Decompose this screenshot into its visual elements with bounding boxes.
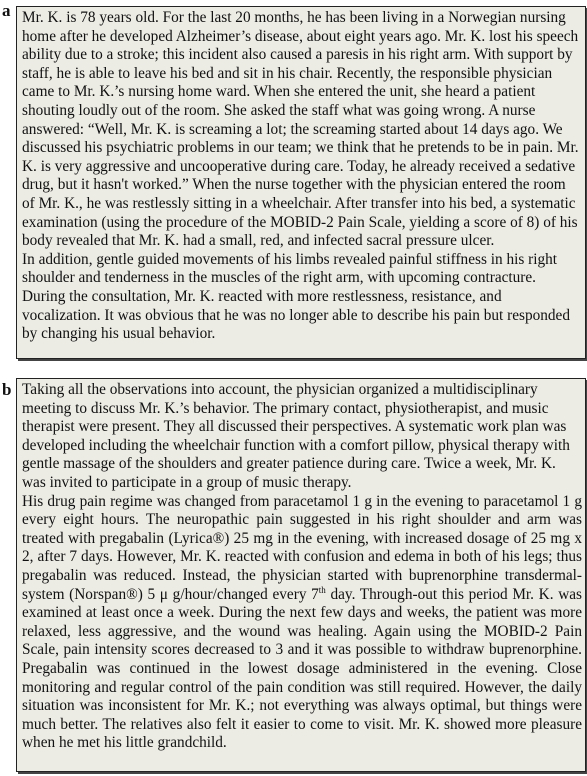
panel-a-paragraph-2: In addition, gentle guided movements of … — [22, 251, 582, 344]
ordinal-superscript: th — [319, 585, 326, 595]
drug-text-part-2: day. Through-out this period Mr. K. was … — [22, 586, 582, 752]
panel-b-paragraph-1: Taking all the observations into account… — [22, 381, 582, 493]
panel-a-textbox: Mr. K. is 78 years old. For the last 20 … — [16, 6, 586, 359]
panel-b-textbox: Taking all the observations into account… — [16, 378, 586, 772]
panel-a-label: a — [2, 2, 11, 20]
panel-a-paragraph-1: Mr. K. is 78 years old. For the last 20 … — [22, 9, 582, 251]
panel-b-drug-paragraph: His drug pain regime was changed from pa… — [22, 493, 582, 753]
panel-b-label: b — [2, 381, 11, 399]
